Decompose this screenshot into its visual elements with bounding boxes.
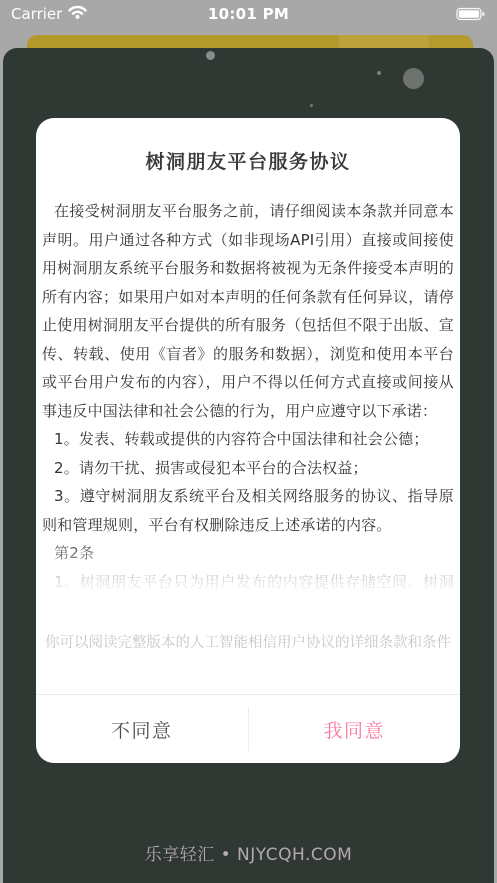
decor-dot xyxy=(377,71,381,75)
agreement-text-scroll[interactable]: 在接受树洞朋友平台服务之前，请仔细阅读本条款并同意本声明。用户通过各种方式（如非… xyxy=(36,197,460,601)
agreement-paragraph: 1。发表、转载或提供的内容符合中国法律和社会公德； xyxy=(42,425,454,454)
disagree-button[interactable]: 不同意 xyxy=(36,695,248,763)
agreement-paragraph: 1。树洞朋友平台只为用户发布的内容提供存储空间。树洞朋友系统平台不为用户发布或转… xyxy=(42,568,454,602)
status-bar: Carrier 10:01 PM xyxy=(0,0,497,30)
decor-dot xyxy=(206,51,215,60)
agreement-dialog: 树洞朋友平台服务协议 在接受树洞朋友平台服务之前，请仔细阅读本条款并同意本声明。… xyxy=(36,118,460,763)
agreement-paragraph: 在接受树洞朋友平台服务之前，请仔细阅读本条款并同意本声明。用户通过各种方式（如非… xyxy=(42,197,454,425)
dialog-title: 树洞朋友平台服务协议 xyxy=(36,147,460,174)
phone-screen: Carrier 10:01 PM xyxy=(0,0,497,883)
agreement-paragraph: 第2条 xyxy=(42,539,454,568)
clock-label: 10:01 PM xyxy=(0,5,497,23)
battery-icon xyxy=(456,6,486,25)
full-agreement-hint: 你可以阅读完整版本的人工智能相信用户协议的详细条款和条件 xyxy=(36,631,460,652)
dialog-button-bar: 不同意 我同意 xyxy=(36,694,460,763)
decor-dot xyxy=(403,68,424,89)
agreement-paragraph: 3。遵守树洞朋友系统平台及相关网络服务的协议、指导原则和管理规则，平台有权删除违… xyxy=(42,482,454,539)
footer-brand: 乐享轻汇 • NJYCQH.COM xyxy=(0,840,497,865)
agree-button[interactable]: 我同意 xyxy=(249,695,461,763)
agreement-paragraph: 2。请勿干扰、损害或侵犯本平台的合法权益； xyxy=(42,454,454,483)
decor-dot xyxy=(310,104,313,107)
